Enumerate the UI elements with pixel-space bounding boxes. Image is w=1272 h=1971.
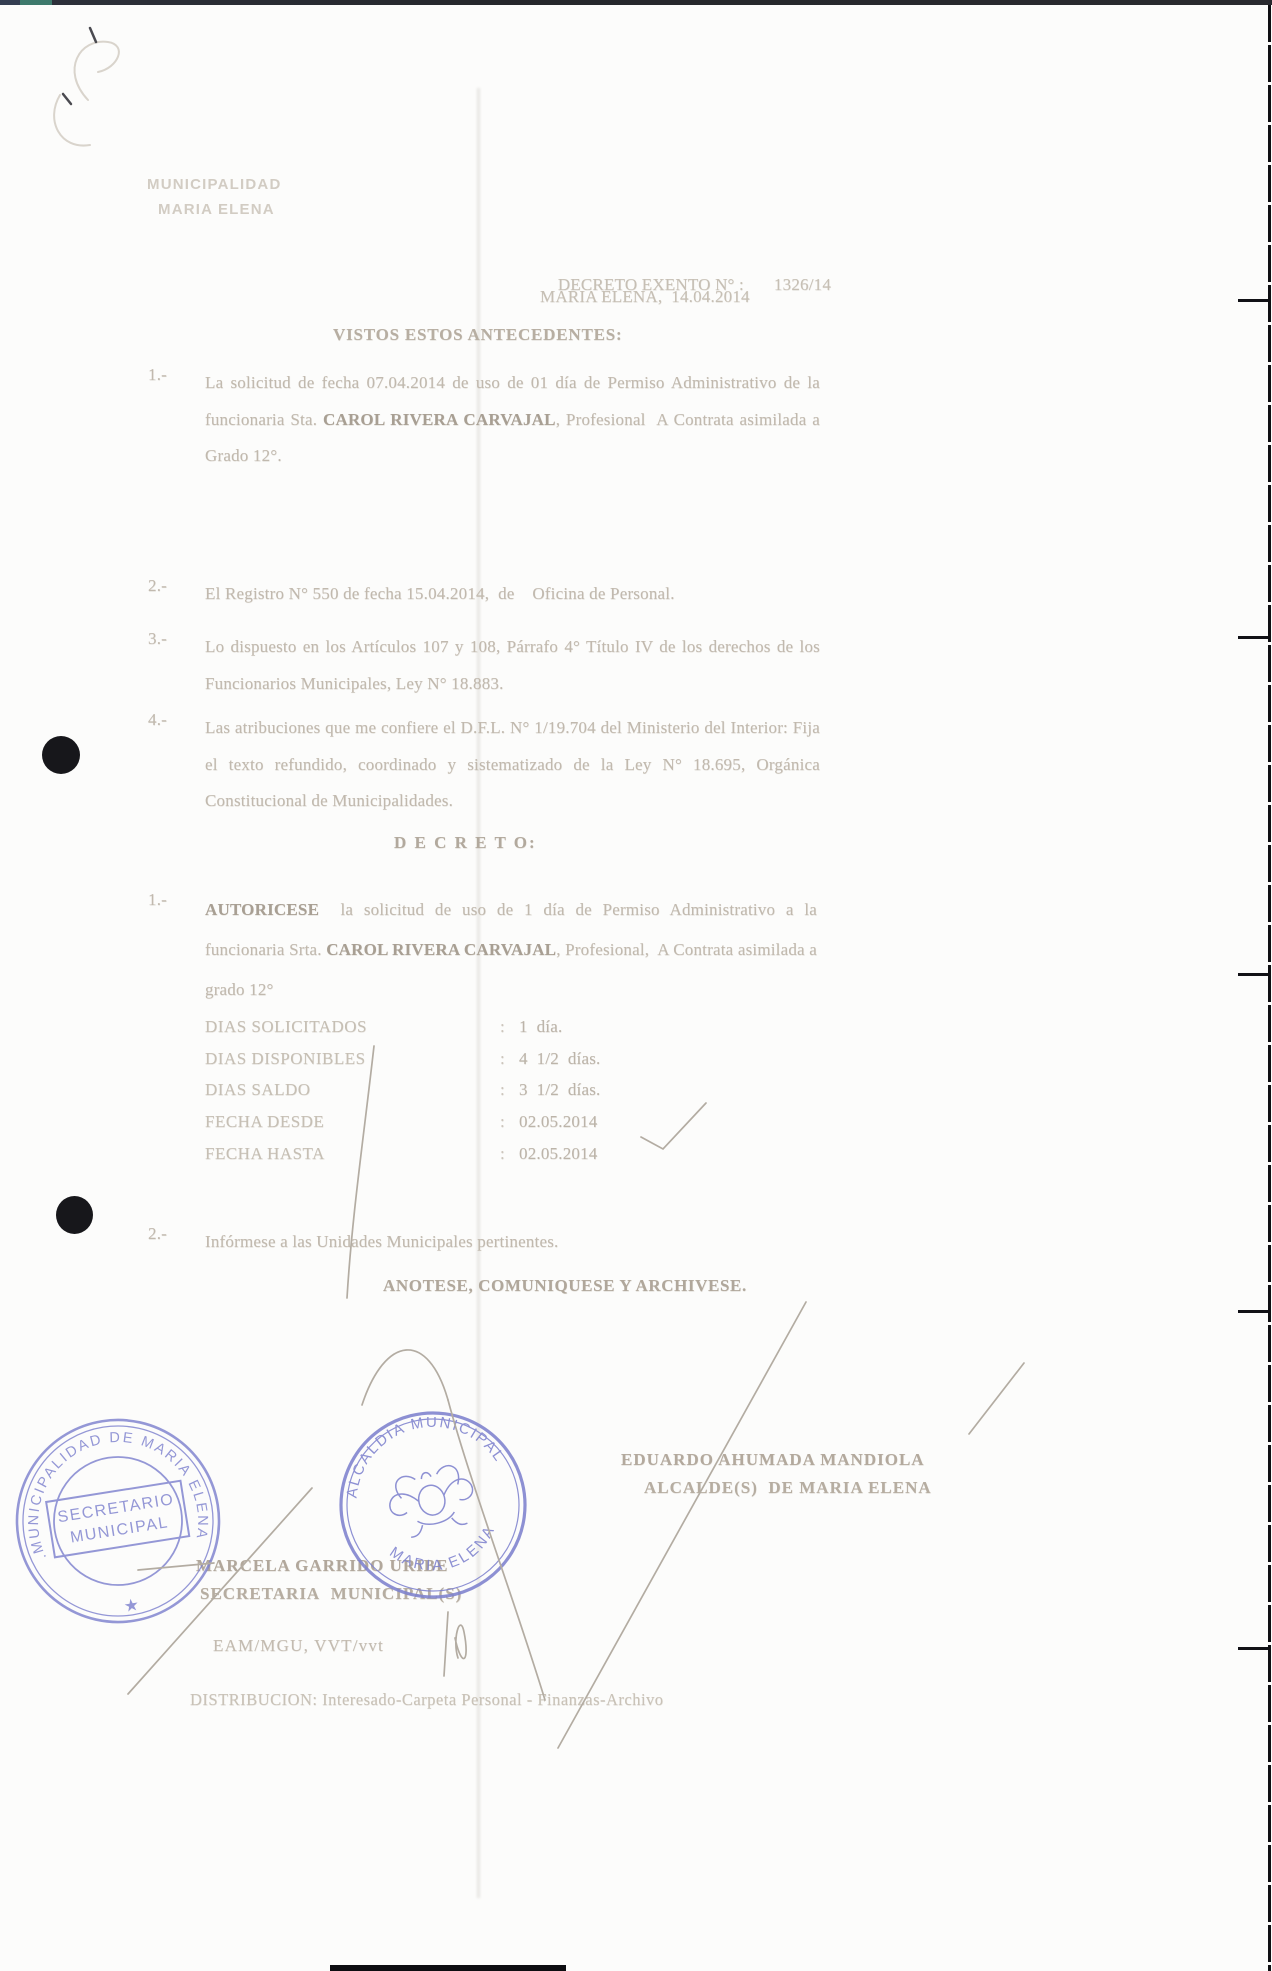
table-label: DIAS DISPONIBLES [205, 1049, 366, 1069]
decree-number: 1326/14 [774, 275, 831, 294]
closing-formula: ANOTESE, COMUNIQUESE Y ARCHIVESE. [383, 1276, 747, 1296]
stamp-arc-top-text: ALCALDIA MUNICIPAL [330, 1400, 510, 1503]
decreto-heading: D E C R E T O: [394, 833, 537, 853]
stamp-arc-bottom-text: MARIA ELENA [384, 1519, 506, 1587]
fold-mark-right [1238, 973, 1268, 976]
secretario-municipal-stamp-icon: I.MUNICIPALIDAD DE MARIA ELENA SECRETARI… [0, 1405, 240, 1645]
secretaria-title: SECRETARIA MUNICIPAL(S) [200, 1584, 462, 1604]
letterhead-line2: MARIA ELENA [147, 197, 281, 222]
table-value: 1 día. [519, 1017, 562, 1037]
corner-ink-ticks [63, 28, 96, 104]
signature-stroke [362, 1350, 448, 1405]
alcalde-name: EDUARDO AHUMADA MANDIOLA [621, 1450, 925, 1470]
scan-artifact-top-edge [0, 0, 1272, 5]
table-separator: : [500, 1017, 505, 1037]
scanned-decree-page: MUNICIPALIDAD MARIA ELENA DECRETO EXENTO… [0, 0, 1272, 1971]
corner-squiggle-mark [54, 42, 119, 146]
coat-of-arms-icon [384, 1461, 481, 1541]
table-label: DIAS SOLICITADOS [205, 1017, 367, 1037]
svg-text:I.MUNICIPALIDAD DE MARIA ELENA: I.MUNICIPALIDAD DE MARIA ELENA [0, 1405, 214, 1574]
vistos-heading: VISTOS ESTOS ANTECEDENTES: [333, 325, 622, 345]
table-separator: : [500, 1112, 505, 1132]
person-name: CAROL RIVERA CARVAJAL [326, 940, 556, 959]
table-label: FECHA DESDE [205, 1112, 324, 1132]
letterhead: MUNICIPALIDAD MARIA ELENA [147, 172, 281, 222]
decree-verb: AUTORICESE [205, 900, 319, 919]
table-separator: : [500, 1080, 505, 1100]
svg-text:ALCALDIA MUNICIPAL: ALCALDIA MUNICIPAL [330, 1400, 510, 1503]
fold-mark-right [1238, 636, 1268, 639]
distribution-line: DISTRIBUCION: Interesado-Carpeta Persona… [190, 1690, 664, 1710]
stamp-center-line2: MUNICIPAL [69, 1514, 170, 1546]
table-label: FECHA HASTA [205, 1144, 325, 1164]
table-value: 02.05.2014 [519, 1112, 598, 1132]
vistos-item-2: El Registro N° 550 de fecha 15.04.2014, … [205, 576, 820, 613]
vistos-item-4: Las atribuciones que me confiere el D.F.… [205, 710, 820, 820]
signature-stroke [558, 1302, 806, 1748]
punch-hole-dot [42, 736, 80, 774]
stamp-center-line1: SECRETARIO [57, 1491, 176, 1526]
star-icon: ★ [122, 1595, 140, 1616]
decreto-item-1: AUTORICESE la solicitud de uso de 1 día … [205, 890, 817, 1010]
scan-artifact-right-edge [1268, 5, 1271, 1971]
alcalde-title: ALCALDE(S) DE MARIA ELENA [644, 1478, 932, 1498]
vistos-item-3: Lo dispuesto en los Artículos 107 y 108,… [205, 629, 820, 702]
list-number: 2.- [148, 576, 167, 596]
list-number: 4.- [148, 710, 167, 730]
person-name: CAROL RIVERA CARVAJAL [323, 410, 556, 429]
list-number: 2.- [148, 1224, 167, 1244]
fold-mark-right [1238, 1647, 1268, 1650]
document-initials: EAM/MGU, VVT/vvt [213, 1636, 384, 1656]
vistos-item-1: La solicitud de fecha 07.04.2014 de uso … [205, 365, 820, 475]
fold-mark-right [1238, 1310, 1268, 1313]
letterhead-line1: MUNICIPALIDAD [147, 172, 281, 197]
table-value: 02.05.2014 [519, 1144, 598, 1164]
signature-tick [641, 1103, 706, 1149]
fold-mark-right [1238, 299, 1268, 302]
table-separator: : [500, 1144, 505, 1164]
punch-hole-dot [56, 1196, 93, 1234]
svg-text:MARIA ELENA: MARIA ELENA [384, 1519, 506, 1587]
secretaria-name: MARCELA GARRIDO URIBE [196, 1556, 448, 1576]
table-value: 3 1/2 días. [519, 1080, 600, 1100]
list-number: 3.- [148, 629, 167, 649]
list-number: 1.- [148, 890, 167, 910]
signature-stroke [969, 1363, 1024, 1434]
table-separator: : [500, 1049, 505, 1069]
scan-artifact-bottom-edge [330, 1965, 566, 1971]
table-value: 4 1/2 días. [519, 1049, 600, 1069]
list-number: 1.- [148, 365, 167, 385]
decreto-item-2: Infórmese a las Unidades Municipales per… [205, 1224, 820, 1261]
place-date-line: MARIA ELENA, 14.04.2014 [540, 287, 750, 307]
table-label: DIAS SALDO [205, 1080, 311, 1100]
handwritten-mark [444, 1612, 466, 1676]
stamp-ring-text: I.MUNICIPALIDAD DE MARIA ELENA [0, 1405, 214, 1574]
signature-stroke [448, 1400, 545, 1700]
